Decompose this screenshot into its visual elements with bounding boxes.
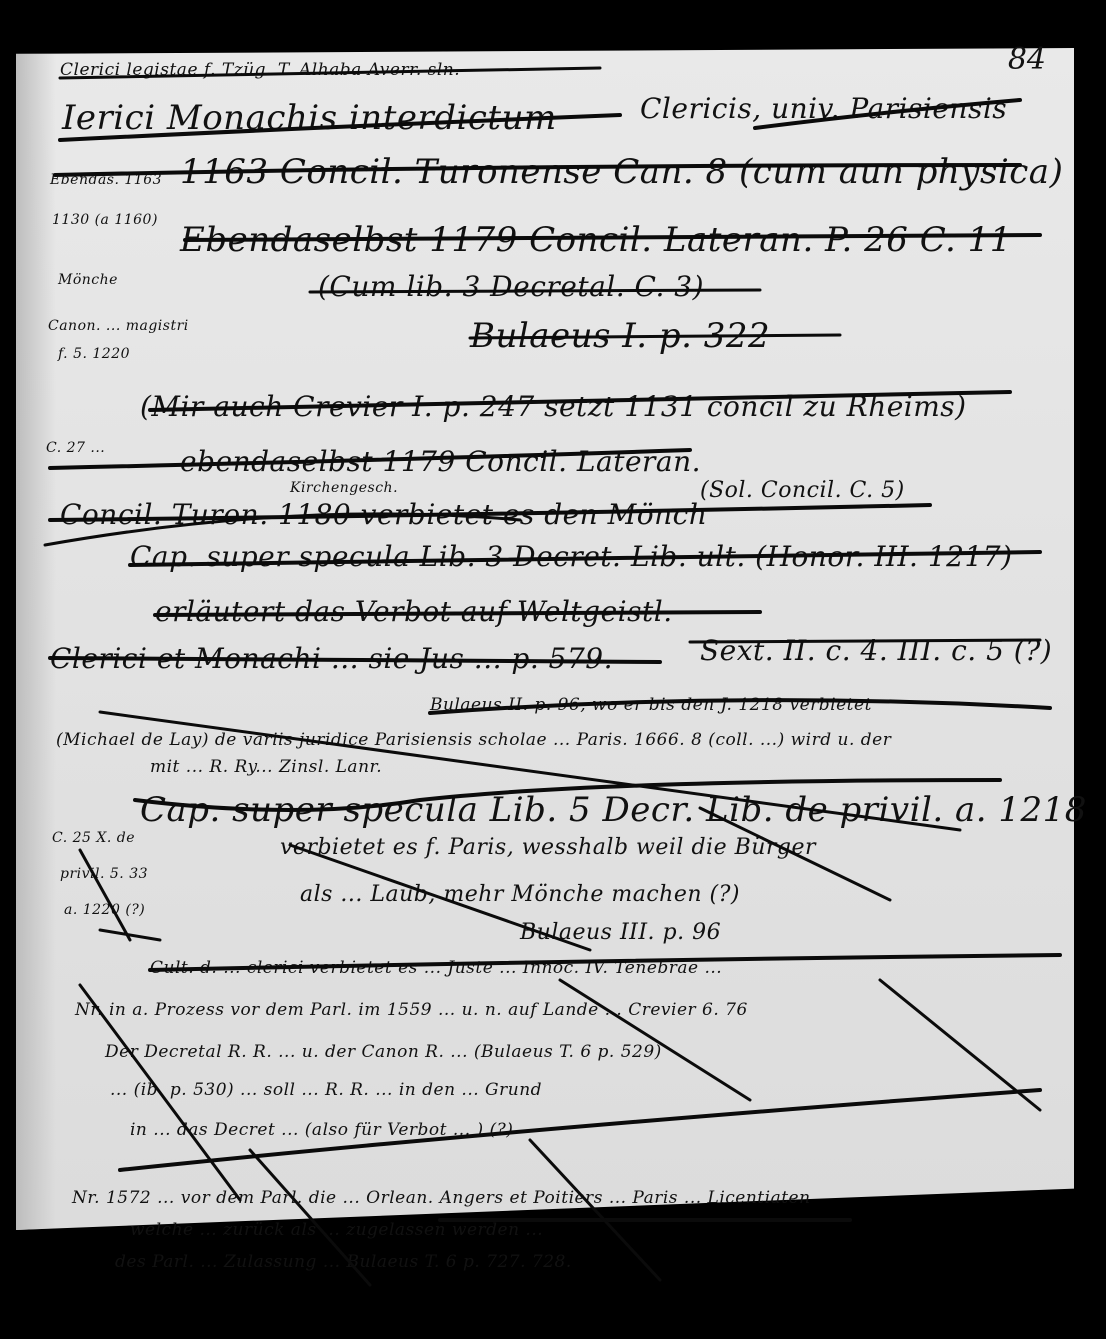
margin-note-10: privil. 5. 33 (60, 866, 148, 882)
margin-note-11: a. 1220 (?) (64, 902, 145, 918)
line-28: Nr. 1572 ... vor dem Parl. die ... Orlea… (72, 1188, 811, 1208)
page-number: 84 (1008, 42, 1046, 77)
line-13: erläutert das Verbot auf Weltgeistl. (155, 595, 673, 628)
line-26: ... (ib. p. 530) ... soll ... R. R. ... … (110, 1080, 542, 1100)
line-29: welche ... zurück als ... zugelassen wer… (130, 1220, 543, 1240)
margin-note-4: Canon. ... magistri (48, 318, 189, 334)
line-1: Clerici legistae f. Tzüg. T. Alhaba Aver… (60, 60, 460, 80)
line-2: Ierici Monachis interdictum (62, 98, 557, 138)
line-15: Sext. II. c. 4. III. c. 5 (?) (700, 634, 1052, 667)
margin-note-5: f. 5. 1220 (58, 346, 130, 362)
line-16: Bulaeus II. p. 96, wo er bis den J. 1218… (430, 695, 872, 715)
margin-note-6: C. 27 ... (46, 440, 105, 456)
margin-note-7: Kirchengesch. (290, 480, 398, 496)
line-30: des Parl. ... Zulassung ... Bulaeus T. 6… (115, 1252, 572, 1272)
line-11: (Sol. Concil. C. 5) (700, 478, 905, 503)
line-25: Der Decretal R. R. ... u. der Canon R. .… (105, 1042, 662, 1062)
line-5: Ebendaselbst 1179 Concil. Lateran. P. 26… (180, 220, 1012, 260)
line-22: Bulaeus III. p. 96 (520, 920, 721, 945)
line-7: Bulaeus I. p. 322 (470, 316, 770, 356)
line-6: (Cum lib. 3 Decretal. C. 3) (318, 270, 704, 303)
line-9: ebendaselbst 1179 Concil. Lateran. (180, 445, 701, 478)
line-17: (Michael de Lay) de variis juridice Pari… (56, 730, 891, 750)
line-8: (Mir auch Crevier I. p. 247 setzt 1131 c… (140, 390, 967, 423)
line-24: Nr. in a. Prozess vor dem Parl. im 1559 … (75, 1000, 748, 1020)
margin-note-3: Mönche (58, 272, 118, 288)
line-20: verbietet es f. Paris, wesshalb weil die… (280, 835, 816, 860)
line-19: Cap. super specula Lib. 5 Decr. Lib. de … (140, 790, 1087, 830)
line-23: Cult. d. ... clerici verbietet es ... Ju… (150, 958, 722, 978)
margin-note-2: 1130 (a 1160) (52, 212, 158, 228)
line-10: Concil. Turon. 1180 verbietet es den Mön… (60, 498, 707, 531)
line-12: Cap. super specula Lib. 3 Decret. Lib. u… (130, 540, 1013, 573)
line-4: 1163 Concil. Turonense Can. 8 (cum aun p… (180, 152, 1063, 192)
margin-note-9: C. 25 X. de (52, 830, 135, 846)
margin-note-1: Ebendas. 1163 (50, 172, 162, 188)
line-27: in ... das Decret ... (also für Verbot .… (130, 1120, 513, 1140)
line-18: mit ... R. Ry... Zinsl. Lanr. (150, 757, 382, 777)
line-3: Clericis, univ. Parisiensis (640, 92, 1007, 125)
line-21: als ... Laub, mehr Mönche machen (?) (300, 882, 740, 907)
line-14: Clerici et Monachi ... sie Jus ... p. 57… (50, 642, 613, 675)
